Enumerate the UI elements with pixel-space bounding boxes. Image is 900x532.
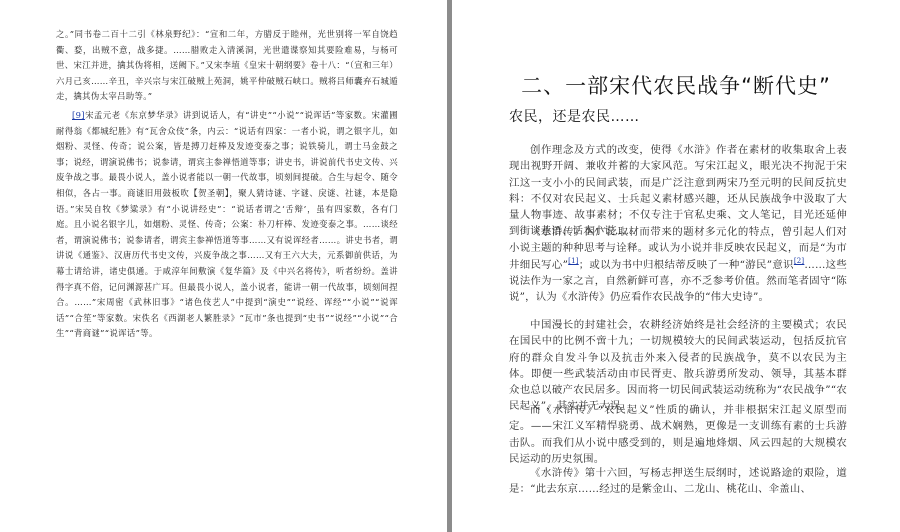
paragraph-3: 中国漫长的封建社会，农耕经济始终是社会经济的主要模式；农民在国民中的比例不啻十九… bbox=[509, 317, 847, 415]
left-page: 之。”同书卷二百十二引《林泉野纪》：“宣和二年，方腊反于睦州，光世别将一军自饶趋… bbox=[0, 0, 447, 532]
section-title: 农民，还是农民…… bbox=[509, 106, 640, 126]
paragraph-2: 《水浒传》因广泛取材而带来的题材多元化的特点，曾引起人们对小说主题的种种思考与诠… bbox=[509, 224, 847, 305]
footnote-ref-2: [2] bbox=[794, 257, 805, 265]
chapter-title: 二、一部宋代农民战争“断代史” bbox=[452, 70, 900, 100]
footnote-link-2[interactable]: [2] bbox=[794, 257, 805, 265]
right-page: 二、一部宋代农民战争“断代史” 农民，还是农民…… 创作理念及方式的改变，使得《… bbox=[452, 0, 900, 532]
footnote-9-text: 宋孟元老《东京梦华录》讲到说话人，有“讲史”“小说”“说诨话”等家数。宋灌圃耐得… bbox=[56, 110, 398, 338]
footnote-link-1[interactable]: [1] bbox=[568, 257, 579, 265]
footnote-9-ref-link[interactable]: [9] bbox=[72, 110, 85, 120]
paragraph-2-part-b: ；或以为书中归根结蒂反映了一种“游民”意识 bbox=[579, 259, 794, 271]
paragraph-5: 《水浒传》第十六回，写杨志押送生辰纲时，述说路途的艰险，道是：“此去东京……经过… bbox=[509, 465, 847, 498]
footnote-9: [9]宋孟元老《东京梦华录》讲到说话人，有“讲史”“小说”“说诨话”等家数。宋灌… bbox=[56, 108, 398, 342]
footnote-continuation: 之。”同书卷二百十二引《林泉野纪》：“宣和二年，方腊反于睦州，光世别将一军自饶趋… bbox=[56, 27, 398, 105]
footnote-ref-1: [1] bbox=[568, 257, 579, 265]
paragraph-4: 而《水浒传》“农民起义”性质的确认，并非根据宋江起义原型而定。——宋江义军精悍骁… bbox=[509, 402, 847, 467]
